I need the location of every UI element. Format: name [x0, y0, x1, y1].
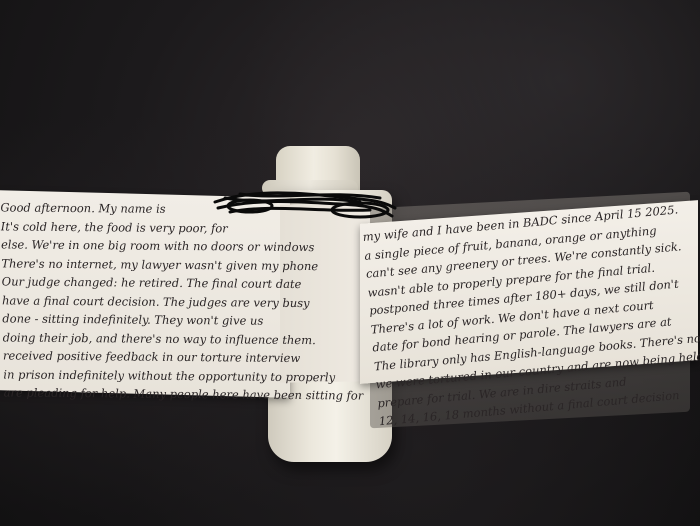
redaction-scribble: [210, 188, 400, 222]
note-line: else. We're in one big room with no door…: [1, 235, 361, 257]
note-line: Our judge changed: he retired. The final…: [2, 272, 362, 294]
note-line: done - sitting indefinitely. They won't …: [2, 309, 362, 331]
handwritten-note-left: Good afternoon. My name is It's cold her…: [0, 198, 363, 405]
handwritten-note-right: my wife and I have been in BADC since Ap…: [362, 199, 700, 431]
note-line: received positive feedback in our tortur…: [3, 346, 363, 368]
note-line: are pleading for help. Many people here …: [3, 383, 363, 405]
